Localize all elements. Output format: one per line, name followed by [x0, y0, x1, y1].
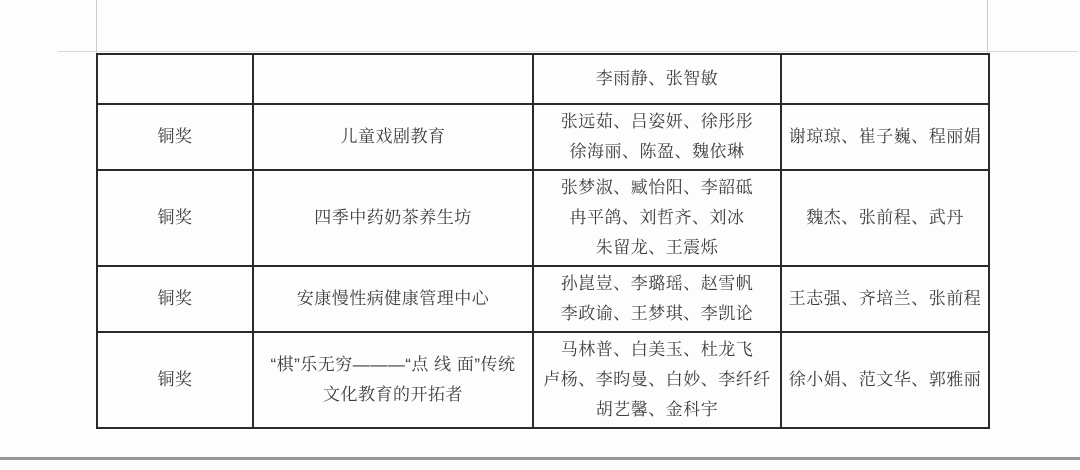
faint-gridline-right-stub	[987, 0, 988, 54]
project-cell: 儿童戏剧教育	[253, 104, 533, 170]
award-cell	[97, 54, 253, 104]
members-cell: 孙崑豈、李璐瑶、赵雪帆 李政谕、王梦琪、李凯论	[533, 266, 781, 332]
page-bottom-rule	[0, 457, 1080, 460]
advisors-cell: 魏杰、张前程、武丹	[781, 170, 989, 266]
members-line: 卢杨、李昀曼、白妙、李纤纤	[540, 365, 774, 395]
members-line: 张远茹、吕姿妍、徐彤彤	[540, 107, 774, 137]
members-cell: 李雨静、张智敏	[533, 54, 781, 104]
table-row: 铜奖 安康慢性病健康管理中心 孙崑豈、李璐瑶、赵雪帆 李政谕、王梦琪、李凯论 王…	[97, 266, 989, 332]
document-page: 李雨静、张智敏 铜奖 儿童戏剧教育 张远茹、吕姿妍、徐彤彤 徐海丽、陈盈、魏依琳…	[0, 0, 1080, 470]
members-cell: 张远茹、吕姿妍、徐彤彤 徐海丽、陈盈、魏依琳	[533, 104, 781, 170]
members-line: 李政谕、王梦琪、李凯论	[540, 299, 774, 329]
table-row: 李雨静、张智敏	[97, 54, 989, 104]
advisors-cell: 王志强、齐培兰、张前程	[781, 266, 989, 332]
members-line: 胡艺馨、金科宇	[540, 395, 774, 425]
table-row: 铜奖 儿童戏剧教育 张远茹、吕姿妍、徐彤彤 徐海丽、陈盈、魏依琳 谢琼琼、崔子巍…	[97, 104, 989, 170]
project-cell: 安康慢性病健康管理中心	[253, 266, 533, 332]
faint-gridline-left-stub	[96, 0, 97, 54]
project-cell	[253, 54, 533, 104]
members-cell: 马林普、白美玉、杜龙飞 卢杨、李昀曼、白妙、李纤纤 胡艺馨、金科宇	[533, 332, 781, 428]
faint-gridline-horizontal	[58, 51, 1078, 52]
members-cell: 张梦淑、臧怡阳、李韶砥 冉平鸽、刘哲齐、刘冰 朱留龙、王震烁	[533, 170, 781, 266]
members-line: 冉平鸽、刘哲齐、刘冰	[540, 203, 774, 233]
award-cell: 铜奖	[97, 104, 253, 170]
members-line: 朱留龙、王震烁	[540, 233, 774, 263]
project-cell: “棋”乐无穷———“点 线 面”传统 文化教育的开拓者	[253, 332, 533, 428]
members-line: 孙崑豈、李璐瑶、赵雪帆	[540, 269, 774, 299]
table-row: 铜奖 四季中药奶茶养生坊 张梦淑、臧怡阳、李韶砥 冉平鸽、刘哲齐、刘冰 朱留龙、…	[97, 170, 989, 266]
members-line: 李雨静、张智敏	[540, 64, 774, 94]
award-cell: 铜奖	[97, 332, 253, 428]
advisors-cell: 徐小娟、范文华、郭雅丽	[781, 332, 989, 428]
award-table: 李雨静、张智敏 铜奖 儿童戏剧教育 张远茹、吕姿妍、徐彤彤 徐海丽、陈盈、魏依琳…	[96, 53, 990, 429]
advisors-cell	[781, 54, 989, 104]
advisors-cell: 谢琼琼、崔子巍、程丽娟	[781, 104, 989, 170]
project-cell: 四季中药奶茶养生坊	[253, 170, 533, 266]
award-cell: 铜奖	[97, 266, 253, 332]
project-line: “棋”乐无穷———“点 线 面”传统	[260, 350, 526, 380]
members-line: 张梦淑、臧怡阳、李韶砥	[540, 173, 774, 203]
members-line: 徐海丽、陈盈、魏依琳	[540, 137, 774, 167]
table-row: 铜奖 “棋”乐无穷———“点 线 面”传统 文化教育的开拓者 马林普、白美玉、杜…	[97, 332, 989, 428]
project-line: 文化教育的开拓者	[260, 380, 526, 410]
award-cell: 铜奖	[97, 170, 253, 266]
members-line: 马林普、白美玉、杜龙飞	[540, 335, 774, 365]
